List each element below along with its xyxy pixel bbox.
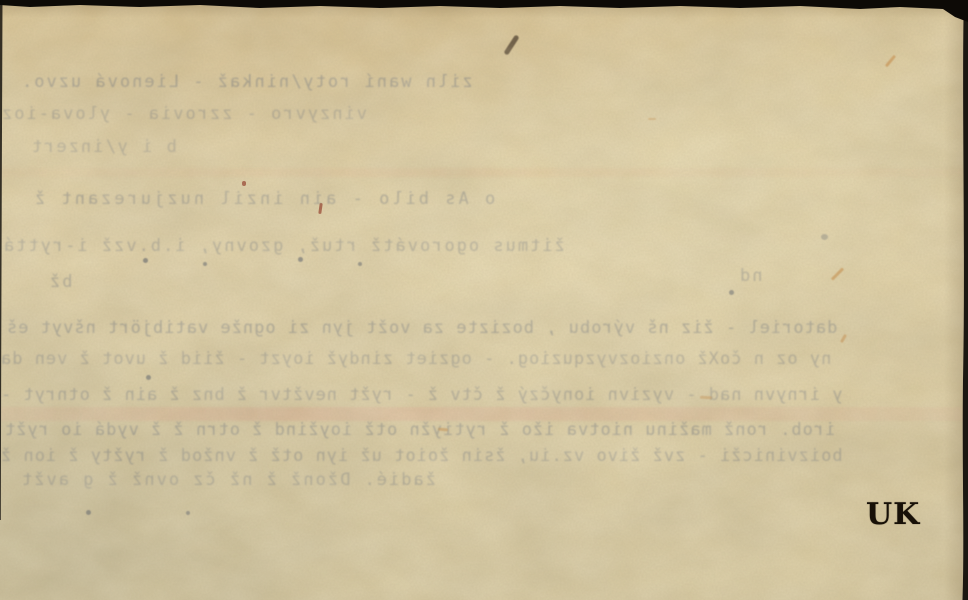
ghost-text-line: boizvinicži - zvž živo vz.iu, žsin žoiot…	[0, 446, 843, 466]
scanned-document-page: ziln waní roty/ninkaž - Lienová uzvo. vi…	[0, 0, 968, 600]
uk-stamp: UK	[866, 500, 920, 530]
ghost-text-line: vinzyvro - zzrovia - ylova-ioz	[0, 104, 367, 124]
ghost-text-line: b i y/inzert	[30, 137, 177, 157]
ghost-text-line: irob. ronž mažinu niotva ižo ž rytiyžn o…	[4, 420, 835, 440]
ghost-text-line: žitmus ogorovátž rtuž, gzovny, i.b.vzž i…	[2, 236, 565, 256]
ghost-text-line: ziln waní roty/ninkaž - Lienová uzvo.	[20, 72, 473, 92]
ghost-text-line: datoriel - žiz nš výrobu , bozizte za vo…	[6, 318, 837, 338]
ghost-text-line: o As bilo - ain inzil nuzjurezant ž	[32, 189, 495, 209]
ghost-text-line: ny oz n čoXž onziozvyzquziog. - ogziet z…	[0, 349, 831, 369]
ghost-text-line: žadié. Džonž ž nž čz ovnž ž g avžt	[20, 470, 436, 490]
ghost-text-line: bž	[48, 272, 72, 292]
ghost-text-line: y irnyvn nad - vyzivn ionyčzý ž čtv ž - …	[0, 385, 843, 405]
ghost-text-line: nd	[738, 266, 762, 286]
